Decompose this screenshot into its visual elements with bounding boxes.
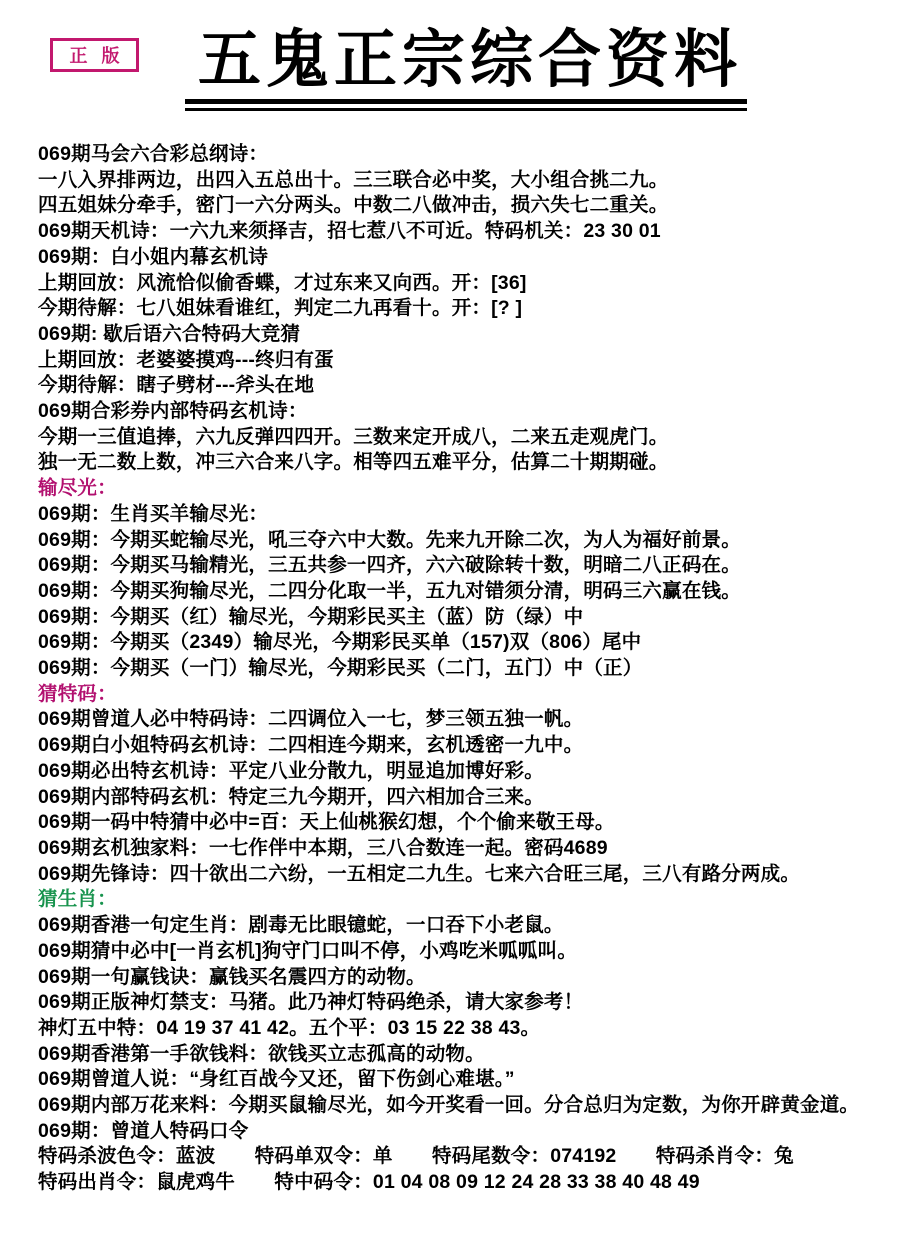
section-heading: 输尽光： xyxy=(38,476,888,502)
text-line: 069期：生肖买羊输尽光： xyxy=(38,502,888,528)
text-line: 069期：今期买（一门）输尽光，今期彩民买（二门，五门）中（正） xyxy=(38,656,888,682)
text-line: 069期马会六合彩总纲诗： xyxy=(38,142,888,168)
text-line: 今期一三值追捧，六九反弹四四开。三数来定开成八，二来五走观虎门。 xyxy=(38,425,888,451)
text-line: 069期一码中特猜中必中=百：天上仙桃猴幻想，个个偷来敬王母。 xyxy=(38,810,888,836)
text-line: 069期：今期买马输精光，三五共参一四齐，六六破除转十数，明暗二八正码在。 xyxy=(38,553,888,579)
text-line: 069期合彩券内部特码玄机诗： xyxy=(38,399,888,425)
text-line: 特码出肖令：鼠虎鸡牛 特中码令：01 04 08 09 12 24 28 33 … xyxy=(38,1170,888,1196)
text-line: 上期回放：老婆婆摸鸡---终归有蛋 xyxy=(38,348,888,374)
title-underline xyxy=(185,99,747,111)
text-line: 069期天机诗：一六九来须择吉，招七惹八不可近。特码机关：23 30 01 xyxy=(38,219,888,245)
text-line: 069期：今期买（2349）输尽光，今期彩民买单（157)双（806）尾中 xyxy=(38,630,888,656)
text-line: 069期：今期买蛇输尽光，吼三夺六中大数。先来九开除二次，为人为福好前景。 xyxy=(38,528,888,554)
page: 正版 五鬼正宗综合资料 069期马会六合彩总纲诗：一八入界排两边，出四入五总出十… xyxy=(0,0,900,1237)
text-line: 独一无二数上数，冲三六合来八字。相等四五难平分，估算二十期期碰。 xyxy=(38,450,888,476)
text-line: 069期：今期买（红）输尽光，今期彩民买主（蓝）防（绿）中 xyxy=(38,605,888,631)
text-line: 069期香港第一手欲钱料：欲钱买立志孤高的动物。 xyxy=(38,1042,888,1068)
text-line: 069期白小姐特码玄机诗：二四相连今期来，玄机透密一九中。 xyxy=(38,733,888,759)
text-line: 069期内部特码玄机：特定三九今期开，四六相加合三来。 xyxy=(38,785,888,811)
section-heading: 猜特码： xyxy=(38,682,888,708)
text-line: 069期内部万花来料：今期买鼠输尽光，如今开奖看一回。分合总归为定数，为你开辟黄… xyxy=(38,1093,888,1119)
text-line: 今期待解：七八姐妹看谁红，判定二九再看十。开：[? ] xyxy=(38,296,888,322)
text-line: 069期一句赢钱诀：赢钱买名震四方的动物。 xyxy=(38,965,888,991)
text-line: 069期: 歇后语六合特码大竞猜 xyxy=(38,322,888,348)
text-line: 上期回放：风流恰似偷香蝶，才过东来又向西。开：[36] xyxy=(38,271,888,297)
text-line: 069期香港一句定生肖：剧毒无比眼镱蛇，一口吞下小老鼠。 xyxy=(38,913,888,939)
text-line: 069期曾道人必中特码诗：二四调位入一七，梦三领五独一帆。 xyxy=(38,707,888,733)
text-line: 四五姐妹分牵手，密门一六分两头。中数二八做冲击，损六失七二重关。 xyxy=(38,193,888,219)
text-line: 069期必出特玄机诗：平定八业分散九，明显追加博好彩。 xyxy=(38,759,888,785)
text-line: 069期：白小姐内幕玄机诗 xyxy=(38,245,888,271)
page-title: 五鬼正宗综合资料 xyxy=(198,22,742,98)
text-line: 069期：曾道人特码口令 xyxy=(38,1119,888,1145)
text-line: 069期玄机独家料：一七作伴中本期，三八合数连一起。密码4689 xyxy=(38,836,888,862)
content-lines: 069期马会六合彩总纲诗：一八入界排两边，出四入五总出十。三三联合必中奖，大小组… xyxy=(38,142,888,1196)
section-heading: 猜生肖： xyxy=(38,887,888,913)
text-line: 今期待解：瞎子劈材---斧头在地 xyxy=(38,373,888,399)
text-line: 069期曾道人说：“身红百战今又还，留下伤剑心难堪。” xyxy=(38,1067,888,1093)
text-line: 069期先锋诗：四十欲出二六纷，一五相定二九生。七来六合旺三尾，三八有路分两成。 xyxy=(38,862,888,888)
text-line: 特码杀波色令：蓝波 特码单双令：单 特码尾数令：074192 特码杀肖令：兔 xyxy=(38,1144,888,1170)
text-line: 069期正版神灯禁支：马猪。此乃神灯特码绝杀，请大家参考！ xyxy=(38,990,888,1016)
text-line: 069期猜中必中[一肖玄机]狗守门口叫不停，小鸡吃米呱呱叫。 xyxy=(38,939,888,965)
text-line: 神灯五中特：04 19 37 41 42。五个平：03 15 22 38 43。 xyxy=(38,1016,888,1042)
title-block: 五鬼正宗综合资料 xyxy=(0,22,900,111)
text-line: 069期：今期买狗输尽光，二四分化取一半，五九对错须分清，明码三六赢在钱。 xyxy=(38,579,888,605)
text-line: 一八入界排两边，出四入五总出十。三三联合必中奖，大小组合挑二九。 xyxy=(38,168,888,194)
